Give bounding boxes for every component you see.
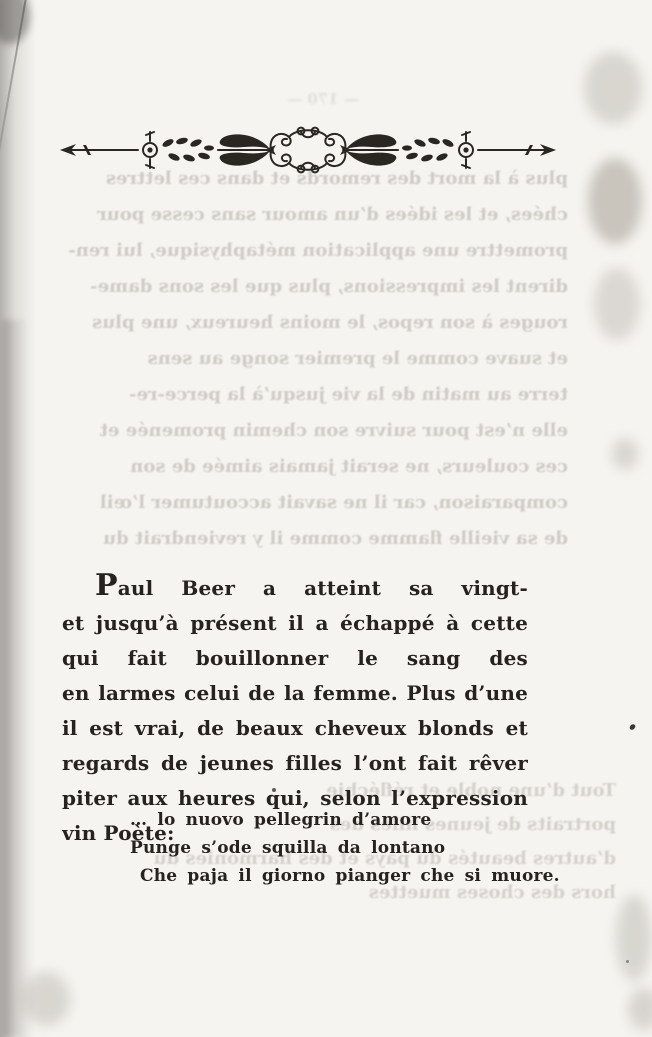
bleed-line: dirent les impressions, plus que les son… xyxy=(50,269,568,305)
verse-quotation: … lo nuovo pellegrin d’amore Punge s’ode… xyxy=(130,806,560,890)
bleed-line: rouges à son repos, le moins heureux, un… xyxy=(50,305,568,341)
paragraph-line: en larmes celui de la femme. Plus d’une … xyxy=(62,676,528,711)
paragraph-line: qui fait bouillonner le sang des hommes,… xyxy=(62,641,528,676)
bleed-line: terre au matin de la vie jusqu’à la perc… xyxy=(50,377,568,413)
paragraph-line: Paul Beer a atteint sa vingt-quatrième a… xyxy=(62,571,528,606)
bleed-line: et suave comme le premier songe au sens xyxy=(50,341,568,377)
binding-gutter-shadow-soft xyxy=(2,320,28,1037)
bleedthrough-text-upper: plus à la mort des remords et dans ces l… xyxy=(50,161,568,557)
foxing-stain xyxy=(612,438,638,470)
bleed-line: de sa vieille flamme comme il y reviendr… xyxy=(50,521,568,557)
paragraph-line: regards de jeunes filles l’ont fait rêve… xyxy=(62,746,528,781)
book-page-scan: — 170 — plus à la mort des remords et da… xyxy=(0,0,652,1037)
initial-capital: P xyxy=(95,571,118,603)
bleed-line: promettre une application métaphysique, … xyxy=(50,233,568,269)
ink-speck xyxy=(629,723,636,731)
verse-line: … lo nuovo pellegrin d’amore xyxy=(130,806,560,834)
foxing-stain xyxy=(628,988,652,1030)
paragraph-line: il est vrai, de beaux cheveux blonds et … xyxy=(62,711,528,746)
verse-line: Punge s’ode squilla da lontano xyxy=(130,834,560,862)
foxing-stain xyxy=(616,895,652,981)
page-number-bleedthrough: — 170 — xyxy=(268,90,378,108)
ink-speck xyxy=(626,960,629,963)
foxing-stain xyxy=(594,268,640,340)
foxing-stain xyxy=(22,972,70,1026)
paragraph-line: et jusqu’à présent il a échappé à cette … xyxy=(62,606,528,641)
bleed-line: elle n’est pour suivre son chemin promen… xyxy=(50,413,568,449)
bleed-line: comparaison, car il ne savait accoutumer… xyxy=(50,485,568,521)
verse-line: Che paja il giorno pianger che si muore. xyxy=(130,862,560,890)
bleed-line: chées, et les idées d’un amour sans cess… xyxy=(50,197,568,233)
foxing-stain xyxy=(584,52,642,124)
foxing-stain xyxy=(588,158,642,244)
fleuron-divider-ornament xyxy=(58,120,558,180)
bleed-line: ces couleurs, ne serait jamais aimée de … xyxy=(50,449,568,485)
paragraph-line-text: aul Beer a atteint sa vingt-quatrième an… xyxy=(95,576,528,606)
fleuron-icon xyxy=(58,120,558,180)
